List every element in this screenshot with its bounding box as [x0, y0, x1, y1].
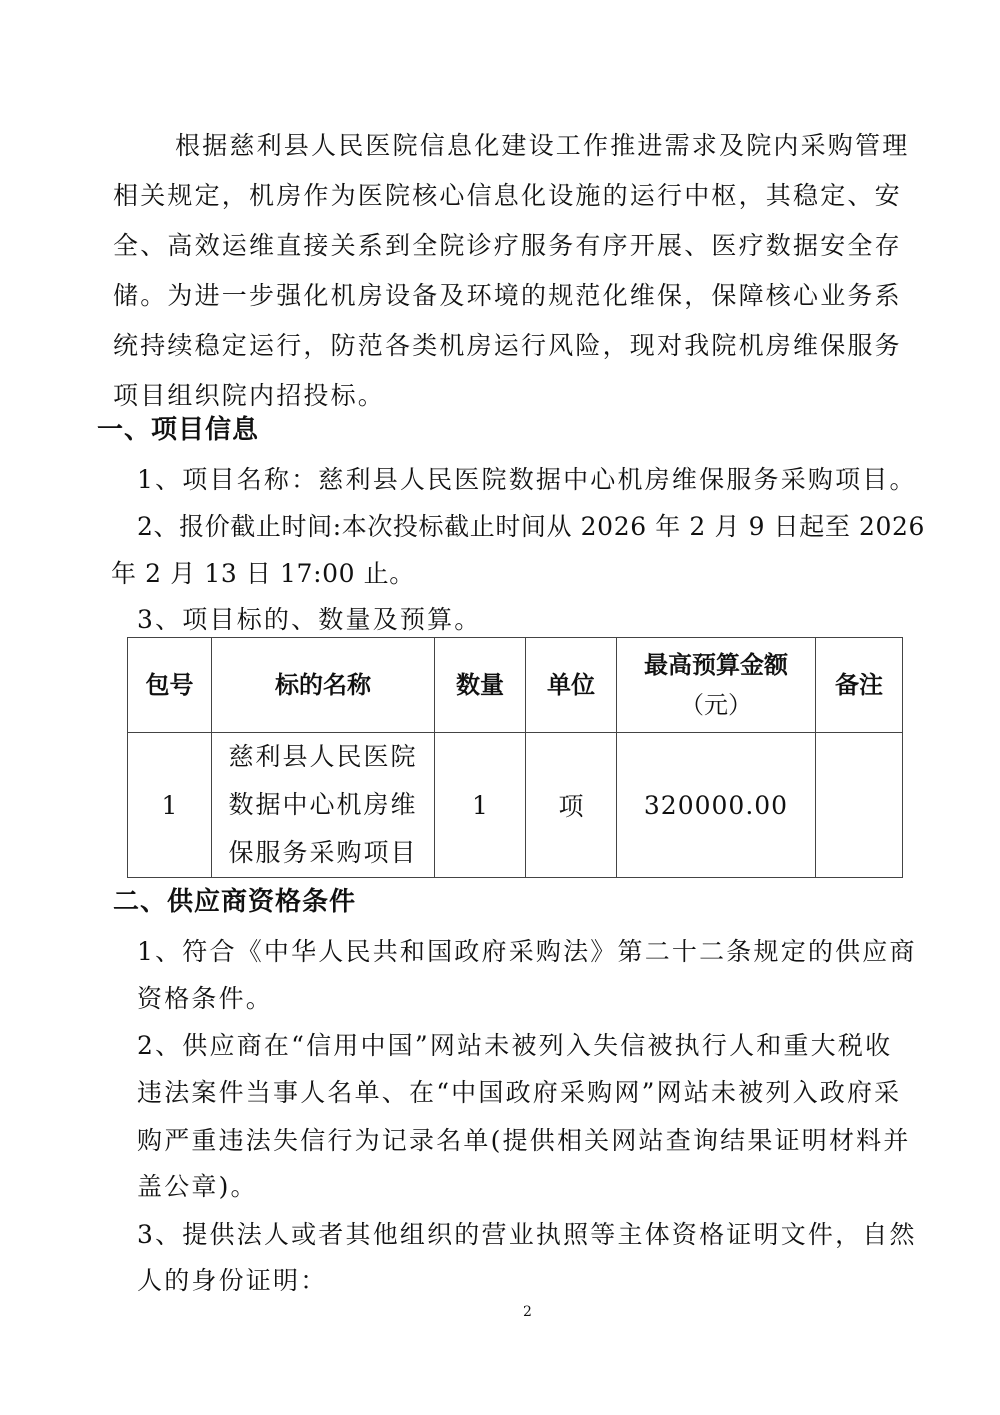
qualification-line: 人的身份证明：: [137, 1266, 327, 1296]
header-budget-label: 最高预算金额: [617, 645, 815, 685]
intro-line: 项目组织院内招投标。: [113, 381, 385, 411]
header-unit: 单位: [526, 638, 617, 733]
qualification-line: 资格条件。: [137, 984, 273, 1014]
header-budget-unit: （元）: [617, 685, 815, 725]
qualification-line: 盖公章)。: [137, 1172, 258, 1202]
header-item-name: 标的名称: [212, 638, 435, 733]
deadline-line-cont: 年 2 月 13 日 17:00 止。: [111, 559, 415, 589]
budget-table: 包号 标的名称 数量 单位 最高预算金额 （元） 备注 1 慈利县人民医院 数据…: [127, 637, 903, 878]
item-name-line: 保服务采购项目: [212, 829, 434, 877]
deadline-line: 2、报价截止时间:本次投标截止时间从 2026 年 2 月 9 日起至 2026: [137, 512, 925, 542]
intro-line: 统持续稳定运行，防范各类机房运行风险，现对我院机房维保服务: [113, 331, 902, 361]
cell-remark: [816, 733, 903, 878]
section-heading-project-info: 一、项目信息: [97, 415, 259, 445]
qualification-line: 违法案件当事人名单、在“中国政府采购网”网站未被列入政府采: [137, 1078, 901, 1108]
section-heading-supplier-qualifications: 二、供应商资格条件: [113, 887, 356, 917]
intro-line: 根据慈利县人民医院信息化建设工作推进需求及院内采购管理: [175, 131, 909, 161]
qualification-line: 3、提供法人或者其他组织的营业执照等主体资格证明文件，自然: [137, 1220, 917, 1250]
qualification-line: 2、供应商在“信用中国”网站未被列入失信被执行人和重大税收: [137, 1031, 892, 1061]
cell-budget: 320000.00: [617, 733, 816, 878]
table-header-row: 包号 标的名称 数量 单位 最高预算金额 （元） 备注: [128, 638, 903, 733]
intro-line: 全、高效运维直接关系到全院诊疗服务有序开展、医疗数据安全存: [113, 231, 902, 261]
page-number: 2: [523, 1304, 532, 1320]
header-package-no: 包号: [128, 638, 212, 733]
cell-unit: 项: [526, 733, 617, 878]
qualification-line: 购严重违法失信行为记录名单(提供相关网站查询结果证明材料并: [137, 1126, 911, 1156]
qualification-line: 1、符合《中华人民共和国政府采购法》第二十二条规定的供应商: [137, 937, 917, 967]
header-remark: 备注: [816, 638, 903, 733]
intro-line: 相关规定，机房作为医院核心信息化设施的运行中枢，其稳定、安: [113, 181, 902, 211]
table-caption: 3、项目标的、数量及预算。: [137, 605, 482, 635]
intro-line: 储。为进一步强化机房设备及环境的规范化维保，保障核心业务系: [113, 281, 902, 311]
item-name-line: 数据中心机房维: [212, 781, 434, 829]
project-name-line: 1、项目名称：慈利县人民医院数据中心机房维保服务采购项目。: [137, 465, 917, 495]
cell-quantity: 1: [435, 733, 526, 878]
header-quantity: 数量: [435, 638, 526, 733]
cell-item-name: 慈利县人民医院 数据中心机房维 保服务采购项目: [212, 733, 435, 878]
item-name-line: 慈利县人民医院: [212, 733, 434, 781]
table-row: 1 慈利县人民医院 数据中心机房维 保服务采购项目 1 项 320000.00: [128, 733, 903, 878]
cell-package-no: 1: [128, 733, 212, 878]
header-budget: 最高预算金额 （元）: [617, 638, 816, 733]
